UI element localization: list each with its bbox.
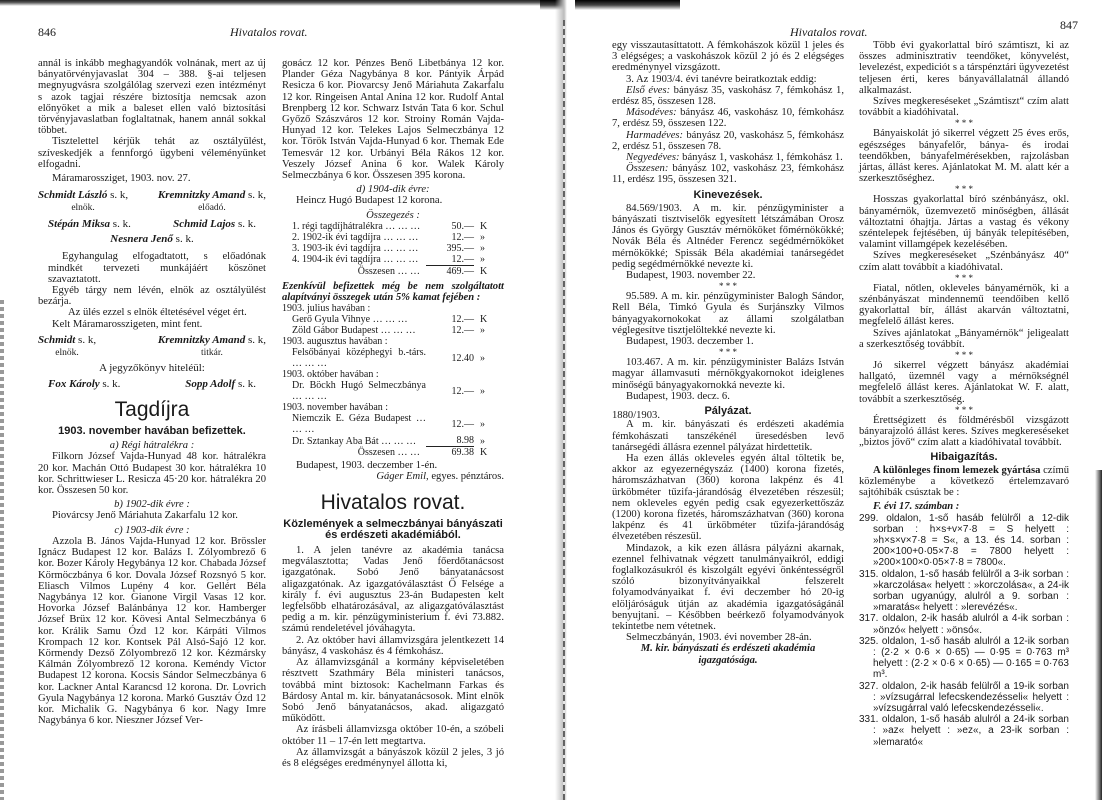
signature-row: Schmidt s. k,elnök. Kremnitzky Amand s. …	[38, 334, 266, 359]
paragraph: Mindazok, a kik ezen állásra pályázni ak…	[612, 543, 844, 633]
row-amount: 12.—	[426, 325, 474, 336]
row-amount: 12.40	[426, 347, 474, 369]
row-amount: 12.—	[426, 413, 474, 435]
row-unit: »	[474, 347, 504, 369]
paragraph: Azzola B. János Vajda-Hunyad 12 kor. Brö…	[38, 536, 266, 726]
paragraph: Kelt Máramarosszigeten, mint fent.	[38, 319, 266, 330]
total-row: Összesen … …69.38K	[282, 447, 504, 459]
paragraph: A m. kir. bányászati és erdészeti akadém…	[612, 419, 844, 453]
signature: Stépán Miksa s. k.	[48, 218, 131, 230]
paragraph: 95.589. A m. kir. pénzügyminister Balogh…	[612, 291, 844, 336]
signatory: M. kir. bányászati és erdészeti akadémia	[612, 643, 844, 654]
errata-intro: A különleges finom lemezek gyártása czím…	[859, 465, 1069, 499]
errata-item: 315. oldalon, 1-ső hasáb felülről a 3-ik…	[859, 569, 1069, 614]
date-line: Selmeczbányán, 1903. évi november 28-án.	[612, 632, 844, 643]
paragraph: annál is inkább meghagyandók volnának, m…	[38, 58, 266, 136]
page-number: 847	[1060, 18, 1078, 33]
row-label: Összesen … …	[282, 447, 426, 459]
paragraph: 103.467. A m. kir. pénzügyminister Baláz…	[612, 357, 844, 391]
book-gutter	[555, 0, 575, 800]
enrolment-row: Első éves: bányász 35, vaskohász 7, fémk…	[612, 85, 844, 107]
right-page-column-2: Több évi gyakorlattal bíró számtiszt, ki…	[859, 40, 1069, 748]
summary-label: Összegezés :	[282, 210, 504, 221]
row-amount: 69.38	[426, 447, 474, 459]
ads-list: Több évi gyakorlattal bíró számtiszt, ki…	[859, 40, 1069, 449]
running-head: Hivatalos rovat.	[790, 25, 868, 40]
separator: * * *	[859, 118, 1069, 128]
paragraph: 84.569/1903. A m. kir. pénzügyminister a…	[612, 203, 844, 270]
row-unit: »	[474, 232, 504, 243]
month-row: 1903. november havában :	[282, 402, 504, 413]
left-page-column-2: gовácz 12 kor. Pénzes Benő Libetbánya 12…	[282, 58, 504, 769]
signature: Schmidt s. k,elnök.	[38, 334, 96, 359]
table-row: 4. 1904-ik évi tagdíjra … … …12.—»	[282, 254, 504, 266]
total-row: Összesen … …469.—K	[282, 265, 504, 277]
row-label: Dr. Sztankay Aba Bát … … …	[282, 435, 426, 447]
paragraph: 3. Az 1903/4. évi tanévre beiratkoztak e…	[612, 74, 844, 85]
tender-number: 1880/1903.	[612, 410, 660, 421]
ad-paragraph: Bányaiskolát jó sikerrel végzett 25 éves…	[859, 128, 1069, 184]
table-row: 3. 1903-ik évi tagdíjra … … …395.—»	[282, 243, 504, 254]
errata-issue: F. évi 17. számban :	[859, 501, 1069, 512]
subsection-label: d) 1904-dik évre:	[282, 184, 504, 195]
date-line: Budapest, 1903. deczember 1.	[612, 336, 844, 347]
month-row: 1903. augusztus havában :	[282, 336, 504, 347]
enrolment-row: Összesen: bányász 102, vaskohász 23, fém…	[612, 163, 844, 185]
row-amount: 12.—	[426, 380, 474, 402]
ad-paragraph: Szíves megkereséseket „Szénbányász 40“ c…	[859, 250, 1069, 272]
treasurer-signature: Gáger Emil, egyes. pénztáros.	[282, 471, 504, 482]
table-row: 2. 1902-ik évi tagdíjra … … …12.—»	[282, 232, 504, 243]
paragraph: Az írásbeli államvizsga október 10-én, a…	[282, 724, 504, 746]
subsection-label: b) 1902-dik évre :	[38, 499, 266, 510]
row-unit: K	[474, 221, 504, 232]
signature-row: Schmidt László s. k,elnök. Kremnitzky Am…	[38, 189, 266, 214]
row-amount: 12.—	[426, 254, 474, 266]
separator: * * *	[612, 281, 844, 291]
subsection-label: a) Régi hátralékra :	[38, 440, 266, 451]
row-amount: 469.—	[426, 265, 474, 277]
date-line: Budapest, 1903. decz. 6.	[612, 391, 844, 402]
row-unit: K	[474, 265, 504, 277]
enrolment-label: Első éves:	[626, 85, 670, 96]
row-unit: »	[474, 435, 504, 447]
row-amount: 12.—	[426, 232, 474, 243]
row-amount: 395.—	[426, 243, 474, 254]
separator: * * *	[859, 273, 1069, 283]
paragraph: Filkorn József Vajda-Hunyad 48 kor. hátr…	[38, 451, 266, 496]
section-subtitle: 1903. november havában befizettek.	[38, 426, 266, 437]
section-heading: Kinevezések.	[612, 190, 844, 201]
subsection-label: c) 1903-dik évre :	[38, 525, 266, 536]
ad-paragraph: Jó sikerrel végzett bányász akadémiai ha…	[859, 360, 1069, 405]
page-number: 846	[38, 25, 56, 40]
section-title: Tagdíjra	[38, 398, 266, 422]
errata-item: 325. oldalon, 1-ső hasáb alulról a 12-ik…	[859, 636, 1069, 681]
row-unit: K	[474, 314, 504, 325]
row-amount: 12.—	[426, 314, 474, 325]
section-heading: Hibaigazítás.	[859, 452, 1069, 463]
row-label: 1. régi tagdíjhátralékra … … …	[282, 221, 426, 232]
separator: * * *	[859, 405, 1069, 415]
table-row: Dr. Sztankay Aba Bát … … …8.98»	[282, 435, 504, 447]
month-label: 1903. október havában :	[282, 369, 504, 380]
table-row: Zöld Gábor Budapest … … …12.—»	[282, 325, 504, 336]
separator: * * *	[859, 184, 1069, 194]
binding-line	[563, 20, 565, 800]
table-row: 1. régi tagdíjhátralékra … … …50.—K	[282, 221, 504, 232]
separator: * * *	[859, 350, 1069, 360]
signature: Schmid Lajos s. k.	[173, 218, 256, 230]
month-label: 1903. augusztus havában :	[282, 336, 504, 347]
paragraph: Tisztelettel kérjük tehát az osztályülés…	[38, 136, 266, 170]
left-page: 846 Hivatalos rovat. annál is inkább meg…	[0, 0, 555, 800]
enrolment-text: bányász 1, vaskohász 1, fémkohász 1.	[680, 152, 843, 163]
month-row: 1903. október havában :	[282, 369, 504, 380]
ad-paragraph: Szíves megkereséseket „Számtiszt“ czím a…	[859, 96, 1069, 118]
row-unit: »	[474, 380, 504, 402]
row-label: Niemczik E. Géza Budapest … … …	[282, 413, 426, 435]
paragraph: Az ülés ezzel s elnök éltetésével véget …	[38, 307, 266, 318]
row-label: Gerő Gyula Vihnye … … …	[282, 314, 426, 325]
right-page-column-1: egy visszautasíttatott. A fémkohászok kö…	[612, 40, 844, 666]
row-label: Felsőbányai középhegyi b.-társ. … … …	[282, 347, 426, 369]
place-date: Máramarossziget, 1903. nov. 27.	[38, 173, 266, 184]
row-unit: »	[474, 325, 504, 336]
signatory: igazgatósága.	[612, 655, 844, 666]
signature-row: Fox Károly s. k. Sopp Adolf s. k.	[38, 378, 266, 390]
errata-item: 331. oldalon, 1-ső hasáb alulról a 24-ik…	[859, 714, 1069, 748]
section-subtitle: Közlemények a selmeczbányai bányászati é…	[282, 519, 504, 541]
enrolment-label: Harmadéves:	[626, 130, 683, 141]
row-unit: »	[474, 413, 504, 435]
paragraph: Egyéb tárgy nem lévén, elnök az osztályü…	[38, 285, 266, 307]
row-label: 2. 1902-ik évi tagdíjra … … …	[282, 232, 426, 243]
row-unit: »	[474, 243, 504, 254]
errata-list: 299. oldalon, 1-ső hasáb felülről a 12-d…	[859, 513, 1069, 748]
paragraph: gовácz 12 kor. Pénzes Benő Libetbánya 12…	[282, 58, 504, 181]
paragraph: Ha ezen állás okleveles egyén által tölt…	[612, 453, 844, 543]
enrolment-label: Negyedéves:	[626, 152, 680, 163]
signature: Nesnera Jenő s. k.	[38, 234, 266, 245]
month-label: 1903. julius havában :	[282, 303, 504, 314]
month-label: 1903. november havában :	[282, 402, 504, 413]
separator: * * *	[612, 347, 844, 357]
ad-paragraph: Szíves ajánlatokat „Bányamérnök“ jeligea…	[859, 328, 1069, 350]
signature: Sopp Adolf s. k.	[185, 378, 256, 390]
enrolment-label: Összesen:	[626, 163, 668, 174]
signature: Fox Károly s. k.	[48, 378, 120, 390]
signature: Kremnitzky Amand s. k,titkár.	[158, 334, 266, 359]
attest-label: A jegyzőkönyv hiteléül:	[38, 363, 266, 374]
errata-item: 327. oldalon, 2-ik hasáb felülről a 19-i…	[859, 681, 1069, 715]
errata-item: 299. oldalon, 1-ső hasáb felülről a 12-d…	[859, 513, 1069, 569]
paragraph: 1. A jelen tanévre az akadémia tanácsa m…	[282, 545, 504, 635]
paragraph: Heincz Hugó Budapest 12 korona.	[282, 195, 504, 206]
table-row: Gerő Gyula Vihnye … … …12.—K	[282, 314, 504, 325]
enrolment-row: Harmadéves: bányász 20, vaskohász 5, fém…	[612, 130, 844, 152]
row-amount: 50.—	[426, 221, 474, 232]
month-row: 1903. julius havában :	[282, 303, 504, 314]
enrolment-row: Másodéves: bányász 46, vaskohász 10, fém…	[612, 107, 844, 129]
paragraph: egy visszautasíttatott. A fémkohászok kö…	[612, 40, 844, 74]
treasurer-date: Budapest, 1903. deczember 1-én.	[282, 460, 504, 471]
errata-item: 317. oldalon, 2-ik hasáb alulról a 4-ik …	[859, 613, 1069, 635]
paragraph: Egyhangulag elfogadtatott, s előadónak m…	[38, 251, 266, 285]
paragraph: Piovárcsy Jenő Máriahuta Zakarfalu 12 ko…	[38, 510, 266, 521]
row-label: 3. 1903-ik évi tagdíjra … … …	[282, 243, 426, 254]
ad-paragraph: Több évi gyakorlattal bíró számtiszt, ki…	[859, 40, 1069, 96]
paragraph: Az államvizsgát a bányászok közül 2 jele…	[282, 747, 504, 769]
row-amount: 8.98	[426, 435, 474, 447]
paragraph: 2. Az október havi államvizsgára jelentk…	[282, 635, 504, 657]
summary-table: 1. régi tagdíjhátralékra … … …50.—K2. 19…	[282, 221, 504, 277]
tender-heading: 1880/1903. Pályázat.	[612, 406, 844, 417]
enrolment-row: Negyedéves: bányász 1, vaskohász 1, fémk…	[612, 152, 844, 163]
enrolment-list: Első éves: bányász 35, vaskohász 7, fémk…	[612, 85, 844, 186]
ad-paragraph: Hosszas gyakorlattal bíró szénbányász, o…	[859, 194, 1069, 250]
row-label: 4. 1904-ik évi tagdíjra … … …	[282, 254, 426, 266]
paragraph: Az államvizsgánál a kormány képviseletéb…	[282, 657, 504, 724]
interest-table: 1903. julius havában :Gerő Gyula Vihnye …	[282, 303, 504, 458]
ad-paragraph: Fiatal, nőtlen, okleveles bányamérnök, k…	[859, 283, 1069, 328]
row-label: Összesen … …	[282, 265, 426, 277]
right-page: Hivatalos rovat. 847 egy visszautasíttat…	[575, 0, 1102, 800]
table-row: Dr. Böckh Hugó Selmeczbánya … … …12.—»	[282, 380, 504, 402]
signature-row: Stépán Miksa s. k. Schmid Lajos s. k.	[38, 218, 266, 230]
row-unit: »	[474, 254, 504, 266]
signature: Schmidt László s. k,elnök.	[38, 189, 128, 214]
running-head: Hivatalos rovat.	[230, 25, 308, 40]
table-row: Felsőbányai középhegyi b.-társ. … … …12.…	[282, 347, 504, 369]
left-page-column-1: annál is inkább meghagyandók volnának, m…	[38, 58, 266, 726]
row-label: Dr. Böckh Hugó Selmeczbánya … … …	[282, 380, 426, 402]
section-title: Hivatalos rovat.	[282, 491, 504, 515]
signature: Kremnitzky Amand s. k,előadó.	[158, 189, 266, 214]
interest-heading: Ezenkívül befizettek még be nem szolgált…	[282, 281, 504, 303]
enrolment-label: Másodéves:	[626, 107, 677, 118]
ad-paragraph: Érettségizett és földmérésből vizsgázott…	[859, 415, 1069, 449]
date-line: Budapest, 1903. november 22.	[612, 270, 844, 281]
table-row: Niemczik E. Géza Budapest … … …12.—»	[282, 413, 504, 435]
row-unit: K	[474, 447, 504, 459]
row-label: Zöld Gábor Budapest … … …	[282, 325, 426, 336]
